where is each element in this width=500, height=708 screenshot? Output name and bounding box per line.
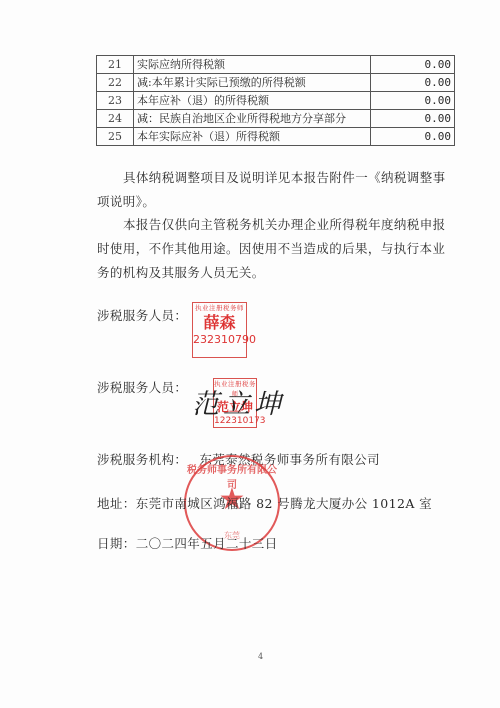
row-number: 21 xyxy=(97,56,134,74)
paragraph-usage-disclaimer: 本报告仅供向主管税务机关办理企业所得税年度纳税申报时使用，不作其他用途。因使用不… xyxy=(97,213,457,285)
row-label: 减：民族自治地区企业所得税地方分享部分 xyxy=(134,110,371,128)
date-row: 日期：二〇二四年五月二十三日 xyxy=(97,534,278,552)
row-value: 0.00 xyxy=(371,56,455,74)
row-number: 25 xyxy=(97,128,134,146)
paragraph-text: 具体纳税调整项目及说明详见本报告附件一《纳税调整事项说明》。 xyxy=(97,170,446,209)
document-page: 21 实际应纳所得税额 0.00 22 减:本年累计实际已预缴的所得税额 0.0… xyxy=(0,0,500,708)
row-label: 实际应纳所得税额 xyxy=(134,56,371,74)
row-number: 23 xyxy=(97,92,134,110)
table-row: 23 本年应补（退）的所得税额 0.00 xyxy=(97,92,455,110)
address-label: 地址： xyxy=(97,496,136,511)
row-value: 0.00 xyxy=(371,92,455,110)
paragraph-adjustment-note: 具体纳税调整项目及说明详见本报告附件一《纳税调整事项说明》。 xyxy=(97,166,457,214)
stamp-name: 薛森 xyxy=(193,313,246,333)
staff1-label: 涉税服务人员： xyxy=(97,306,187,324)
page-number: 4 xyxy=(258,652,263,661)
staff2-label: 涉税服务人员： xyxy=(97,378,187,396)
row-number: 22 xyxy=(97,74,134,92)
address-row: 地址：东莞市南城区鸿福路 82 号腾龙大厦办公 1012A 室 xyxy=(97,494,432,512)
table-row: 24 减：民族自治地区企业所得税地方分享部分 0.00 xyxy=(97,110,455,128)
handwritten-signature: 范立坤 xyxy=(192,382,285,421)
org-label: 涉税服务机构： xyxy=(97,452,187,467)
stamp-title: 执业注册税务师 xyxy=(193,303,246,313)
row-label: 减:本年累计实际已预缴的所得税额 xyxy=(134,74,371,92)
date-value: 二〇二四年五月二十三日 xyxy=(136,536,278,551)
stamp-code: 232310790 xyxy=(193,333,246,346)
row-label: 本年实际应补（退）所得税额 xyxy=(134,128,371,146)
row-value: 0.00 xyxy=(371,110,455,128)
staff1-seal-stamp: 执业注册税务师 薛森 232310790 xyxy=(192,302,247,358)
table-row: 25 本年实际应补（退）所得税额 0.00 xyxy=(97,128,455,146)
table-row: 22 减:本年累计实际已预缴的所得税额 0.00 xyxy=(97,74,455,92)
row-number: 24 xyxy=(97,110,134,128)
row-label: 本年应补（退）的所得税额 xyxy=(134,92,371,110)
address-value: 东莞市南城区鸿福路 82 号腾龙大厦办公 1012A 室 xyxy=(136,496,432,511)
row-value: 0.00 xyxy=(371,128,455,146)
paragraph-text: 本报告仅供向主管税务机关办理企业所得税年度纳税申报时使用，不作其他用途。因使用不… xyxy=(97,217,446,280)
table-row: 21 实际应纳所得税额 0.00 xyxy=(97,56,455,74)
date-label: 日期： xyxy=(97,536,136,551)
tax-table: 21 实际应纳所得税额 0.00 22 减:本年累计实际已预缴的所得税额 0.0… xyxy=(96,55,455,146)
row-value: 0.00 xyxy=(371,74,455,92)
